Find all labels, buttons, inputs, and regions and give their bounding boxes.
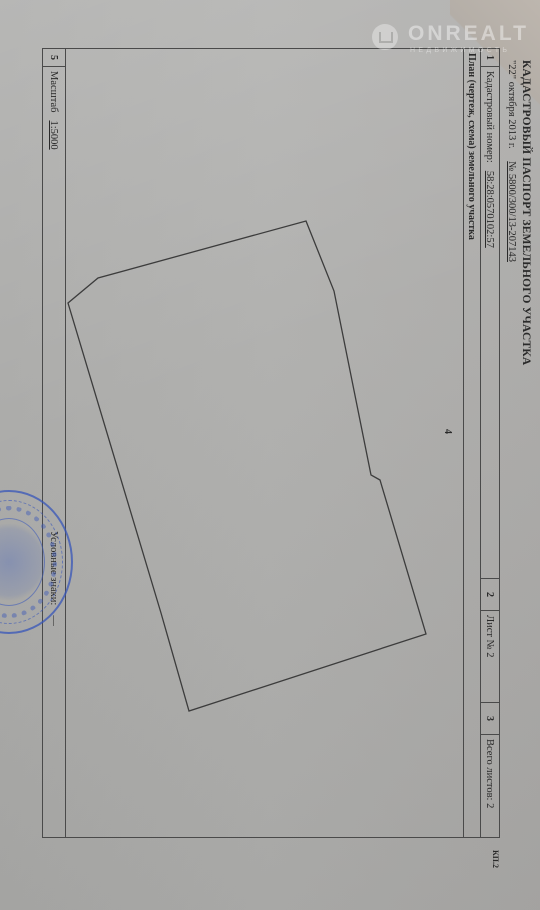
document-frame: 1 Кадастровый номер: 58:28:0570102:57 2 … <box>42 48 500 838</box>
row-cadastral-number: 1 Кадастровый номер: 58:28:0570102:57 2 … <box>480 49 499 837</box>
legend-cell: Условные знаки: — <box>43 527 65 839</box>
cadastral-number-value: 58:28:0570102:57 <box>485 171 496 248</box>
scale-value: 1:5000 <box>49 120 60 149</box>
row1-total-col-number: 3 <box>481 703 499 735</box>
plan-title: План (чертеж, схема) земельного участка <box>464 49 480 839</box>
scale-label: Масштаб <box>49 71 60 112</box>
row4-number: 4 <box>442 429 453 434</box>
document-date: "22" октября 2013 г. <box>506 60 517 149</box>
parcel-outline <box>68 221 426 711</box>
legend-label: Условные знаки: <box>49 531 60 605</box>
row-scale-legend: 5 Масштаб 1:5000 Условные знаки: — <box>43 49 65 837</box>
document-date-line: "22" октября 2013 г. № 5800/300/13-20714… <box>506 60 517 262</box>
row5-number: 5 <box>43 49 65 67</box>
cadastral-number-cell: Кадастровый номер: 58:28:0570102:57 <box>481 67 499 579</box>
legend-boundary-symbol: — <box>49 615 60 626</box>
cadastral-passport-sheet: КАДАСТРОВЫЙ ПАСПОРТ ЗЕМЕЛЬНОГО УЧАСТКА "… <box>20 20 540 890</box>
document-number: № 5800/300/13-207143 <box>506 161 517 262</box>
row-plan-drawing: 4 <box>65 49 463 837</box>
row1-number: 1 <box>481 49 499 67</box>
sheet-number: Лист № 2 <box>481 611 499 703</box>
row-plan-title: План (чертеж, схема) земельного участка <box>463 49 480 837</box>
form-code: КП.2 <box>491 850 500 868</box>
parcel-plan-drawing <box>65 49 463 839</box>
cadastral-number-label: Кадастровый номер: <box>485 71 496 163</box>
total-sheets: Всего листов: 2 <box>481 735 499 839</box>
scale-cell: Масштаб 1:5000 <box>43 67 65 527</box>
row1-sheet-col-number: 2 <box>481 579 499 611</box>
document-title: КАДАСТРОВЫЙ ПАСПОРТ ЗЕМЕЛЬНОГО УЧАСТКА <box>520 60 532 365</box>
